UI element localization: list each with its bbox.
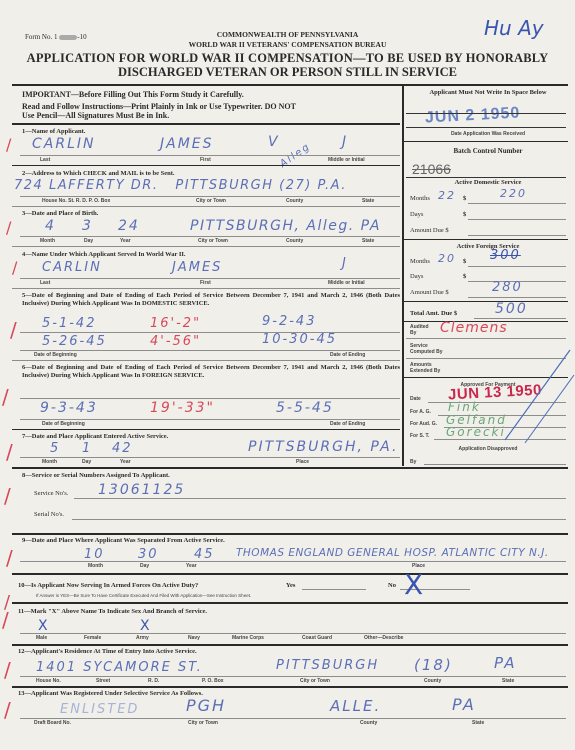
s5-row1-end[interactable]: 9-2-43: [262, 314, 316, 329]
s11-label: 11—Mark "X" Above Name To Indicate Sex A…: [18, 608, 207, 615]
caption-month: Month: [42, 459, 57, 465]
s12-label: 12—Applicant's Residence At Time of Entr…: [18, 648, 197, 655]
s13-city[interactable]: PGH: [186, 696, 226, 715]
field-line: [20, 196, 400, 197]
s3-day[interactable]: 3: [82, 218, 93, 234]
caption-county: County: [286, 238, 303, 244]
domestic-days-label: Days: [410, 211, 423, 218]
instruction-line2: Read and Follow Instructions—Print Plain…: [22, 102, 296, 111]
caption-end: Date of Ending: [330, 421, 365, 427]
field-line: [20, 236, 400, 237]
s12-city[interactable]: PITTSBURGH: [276, 658, 379, 673]
caption-county: County: [286, 198, 303, 204]
domestic-label: Active Domestic Service: [408, 179, 568, 186]
no-x-mark: X: [404, 568, 423, 601]
option-male[interactable]: Male: [36, 635, 47, 641]
check-mark-icon: /: [12, 258, 17, 277]
foreign-months-label: Months: [410, 258, 430, 265]
instruction-important: IMPORTANT—Before Filling Out This Form S…: [22, 90, 244, 99]
s3-month[interactable]: 4: [45, 218, 56, 234]
no-label: No: [388, 582, 396, 589]
field-line: [20, 676, 566, 677]
st-label: For S. T.: [410, 433, 429, 439]
s7-label: 7—Date and Place Applicant Entered Activ…: [22, 433, 168, 440]
serial-no-label: Serial No's.: [34, 511, 64, 518]
option-female[interactable]: Female: [84, 635, 101, 641]
field-line: [468, 297, 566, 298]
s2-address[interactable]: 724 LAFFERTY DR. PITTSBURGH (27) P.A.: [14, 178, 347, 193]
divider: [12, 686, 568, 688]
dollar-sign: $: [463, 195, 466, 202]
s12-county[interactable]: (18): [414, 656, 453, 674]
male-x-mark[interactable]: X: [38, 618, 48, 634]
option-navy[interactable]: Navy: [188, 635, 200, 641]
s8-label: 8—Service or Serial Numbers Assigned To …: [22, 472, 170, 479]
s6-row1-begin[interactable]: 9-3-43: [40, 400, 98, 416]
s3-place[interactable]: PITTSBURGH, Alleg. PA: [190, 218, 381, 234]
caption-state: State: [362, 198, 374, 204]
field-line: [20, 718, 566, 719]
field-line: [468, 203, 566, 204]
check-mark-icon: /: [6, 546, 13, 570]
field-line: [468, 235, 566, 236]
field-line: [406, 127, 566, 128]
s4-last[interactable]: CARLIN: [42, 260, 102, 275]
caption-rd: R. D.: [148, 678, 159, 684]
foreign-months-amount: 300: [490, 248, 521, 263]
check-mark-icon: /: [10, 318, 17, 342]
yes-field[interactable]: [302, 589, 366, 590]
field-line: [468, 266, 566, 267]
caption-begin: Date of Beginning: [34, 352, 77, 358]
caption-end: Date of Ending: [330, 352, 365, 358]
s7-month[interactable]: 5: [50, 441, 60, 456]
agency-line2: WORLD WAR II VETERANS' COMPENSATION BURE…: [0, 40, 575, 49]
office-header: Applicant Must Not Write In Space Below: [408, 89, 568, 97]
s9-month[interactable]: 10: [84, 547, 105, 562]
caption-state: State: [502, 678, 514, 684]
divider: [12, 602, 568, 604]
caption-state: State: [472, 720, 484, 726]
caption-state: State: [362, 238, 374, 244]
caption-county: County: [360, 720, 377, 726]
divider: [12, 573, 568, 575]
caption-year: Year: [186, 563, 197, 569]
audited-label: Audited By: [410, 324, 432, 336]
audg-label: For Aud. G.: [410, 421, 437, 427]
audited-signature: Clemens: [440, 320, 508, 336]
s4-label: 4—Name Under Which Applicant Served In W…: [22, 251, 186, 258]
s10-label: 10—Is Applicant Now Serving In Armed For…: [18, 582, 198, 589]
ag-label: For A. G.: [410, 409, 431, 415]
divider: [12, 206, 400, 207]
field-line: [72, 519, 566, 520]
divider: [12, 644, 568, 646]
option-other[interactable]: Other—Describe: [364, 635, 403, 641]
field-line: [20, 419, 400, 420]
s12-street[interactable]: 1401 SYCAMORE ST.: [36, 660, 203, 675]
divider: [12, 288, 400, 289]
s1-mark: V: [268, 134, 280, 150]
caption-day: Day: [82, 459, 91, 465]
divider: [12, 165, 400, 166]
batch-label: Batch Control Number: [408, 147, 568, 155]
instruction-line3: Use Pencil—All Signatures Must Be in Ink…: [22, 111, 169, 120]
caption-city: City or Town: [196, 198, 226, 204]
caption-month: Month: [40, 238, 55, 244]
divider: [12, 246, 400, 247]
s5-row2-end[interactable]: 10-30-45: [262, 332, 337, 347]
divider: [12, 429, 400, 430]
caption-month: Month: [88, 563, 103, 569]
s6-row1-end[interactable]: 5-5-45: [276, 400, 334, 416]
total-amount: 500: [495, 301, 528, 317]
check-mark-icon: /: [4, 698, 11, 722]
service-no-label: Service No's.: [34, 490, 68, 497]
field-line: [20, 332, 400, 333]
s6-row1-calc: 19'-33": [150, 400, 215, 416]
s1-first[interactable]: JAMES: [160, 136, 214, 152]
s13-board[interactable]: ENLISTED: [60, 702, 139, 717]
domestic-months: 22: [438, 189, 456, 202]
field-line: [406, 177, 566, 178]
army-x-mark[interactable]: X: [140, 618, 150, 634]
s3-year[interactable]: 24: [118, 218, 140, 234]
check-mark-icon: /: [6, 218, 11, 237]
received-stamp: JUN 2 1950: [425, 105, 521, 128]
caption-place: Place: [296, 459, 309, 465]
s2-label: 2—Address to Which CHECK and MAIL is to …: [22, 170, 175, 177]
total-label: Total Amt. Due $: [410, 310, 457, 317]
foreign-amount-due: 280: [492, 280, 523, 295]
page-subtitle: DISCHARGED VETERAN OR PERSON STILL IN SE…: [0, 65, 575, 80]
s9-year[interactable]: 45: [194, 547, 215, 562]
caption-house: House No.: [36, 678, 61, 684]
foreign-label: Active Foreign Service: [408, 243, 568, 250]
check-mark-icon: /: [2, 608, 9, 632]
divider: [404, 301, 568, 302]
check-mark-icon: /: [4, 484, 11, 508]
caption-day: Day: [140, 563, 149, 569]
dollar-sign: $: [463, 273, 466, 280]
s9-day[interactable]: 30: [138, 547, 159, 562]
caption-county: County: [424, 678, 441, 684]
field-line: [20, 350, 400, 351]
dollar-sign: $: [463, 258, 466, 265]
s9-label: 9—Date and Place Where Applicant Was Sep…: [22, 537, 225, 544]
caption-middle: Middle or Initial: [328, 157, 365, 163]
caption-house: House No. St. R. D. P. O. Box: [42, 198, 110, 204]
domestic-amount-label: Amount Due $: [410, 227, 449, 234]
check-mark-icon: /: [6, 440, 13, 464]
header-rule: [12, 84, 568, 86]
domestic-months-label: Months: [410, 195, 430, 202]
s13-label: 13—Applicant Was Registered Under Select…: [18, 690, 203, 697]
divider: [404, 141, 568, 142]
field-line: [20, 155, 400, 156]
foreign-amount-label: Amount Due $: [410, 289, 449, 296]
extended-label: Amounts Extended By: [410, 362, 450, 374]
caption-day: Day: [84, 238, 93, 244]
field-line: [424, 464, 566, 465]
s1-last[interactable]: CARLIN: [32, 136, 95, 152]
s5-row1-calc: 16'-2": [150, 316, 201, 331]
option-coast-guard[interactable]: Coast Guard: [302, 635, 332, 641]
diagonal-strike-marks: [500, 345, 575, 445]
field-line: [20, 398, 400, 399]
s5-label: 5—Date of Beginning and Date of Ending o…: [22, 292, 400, 308]
foreign-days-label: Days: [410, 273, 423, 280]
check-mark-icon: /: [4, 658, 11, 682]
caption-street: Street: [96, 678, 110, 684]
s13-county[interactable]: ALLE.: [330, 697, 381, 715]
s7-year[interactable]: 42: [112, 441, 133, 456]
s3-label: 3—Date and Place of Birth.: [22, 210, 98, 217]
field-line: [20, 561, 566, 562]
s1-middle[interactable]: J: [342, 134, 348, 150]
divider: [12, 360, 400, 361]
option-marine-corps[interactable]: Marine Corps: [232, 635, 264, 641]
check-mark-icon: /: [2, 385, 9, 409]
s4-first[interactable]: JAMES: [172, 260, 222, 275]
caption-city: City or Town: [300, 678, 330, 684]
caption-draft-board: Draft Board No.: [34, 720, 71, 726]
office-column-divider: [402, 86, 404, 466]
s5-row2-calc: 4'-56": [150, 334, 201, 349]
ag-signature: Fink: [448, 400, 481, 414]
yes-label: Yes: [286, 582, 295, 589]
field-line: [406, 113, 566, 114]
caption-middle: Middle or Initial: [328, 280, 365, 286]
received-label: Date Application Was Received: [408, 131, 568, 137]
foreign-months: 20: [438, 252, 456, 265]
s9-place[interactable]: THOMAS ENGLAND GENERAL HOSP. ATLANTIC CI…: [236, 547, 549, 559]
check-mark-icon: /: [6, 135, 11, 154]
field-line: [20, 278, 400, 279]
date-label: Date: [410, 396, 421, 402]
field-line: [20, 633, 566, 634]
caption-last: Last: [40, 280, 50, 286]
by-label: By: [410, 459, 416, 465]
field-line: [74, 498, 566, 499]
option-army[interactable]: Army: [136, 635, 149, 641]
divider: [404, 239, 568, 240]
divider: [12, 467, 568, 469]
domestic-months-amount: 220: [500, 187, 527, 200]
caption-first: First: [200, 157, 211, 163]
caption-last: Last: [40, 157, 50, 163]
caption-city: City or Town: [198, 238, 228, 244]
s7-day[interactable]: 1: [82, 441, 92, 456]
s5-row2-begin[interactable]: 5-26-45: [42, 334, 107, 349]
field-line: [468, 219, 566, 220]
dollar-sign: $: [463, 211, 466, 218]
initials-signature: Hu Ay: [484, 16, 544, 40]
s1-label: 1—Name of Applicant.: [22, 128, 85, 135]
divider: [406, 338, 566, 339]
s6-label: 6—Date of Beginning and Date of Ending o…: [22, 364, 400, 380]
s13-state[interactable]: PA: [452, 695, 476, 714]
s12-state[interactable]: PA: [494, 654, 517, 672]
st-signature: Gorecki: [446, 425, 506, 439]
divider: [12, 123, 400, 125]
caption-city: City or Town: [188, 720, 218, 726]
caption-first: First: [200, 280, 211, 286]
service-no-value[interactable]: 13061125: [98, 482, 185, 498]
caption-year: Year: [120, 238, 131, 244]
s7-place[interactable]: PITTSBURGH, PA.: [248, 439, 398, 455]
divider: [12, 533, 568, 535]
field-line: [20, 457, 400, 458]
computed-label: Service Computed By: [410, 343, 450, 355]
s4-middle[interactable]: J: [342, 256, 348, 271]
caption-po-box: P. O. Box: [202, 678, 224, 684]
disapproved-label: Application Disapproved: [408, 446, 568, 452]
s10-note: If Answer is YES—Be Sure To Have Certifi…: [36, 593, 251, 598]
field-line: [474, 318, 566, 319]
page-title: APPLICATION FOR WORLD WAR II COMPENSATIO…: [0, 51, 575, 66]
s5-row1-begin[interactable]: 5-1-42: [42, 316, 96, 331]
caption-begin: Date of Beginning: [42, 421, 85, 427]
batch-number: 21066: [412, 161, 451, 177]
caption-year: Year: [120, 459, 131, 465]
